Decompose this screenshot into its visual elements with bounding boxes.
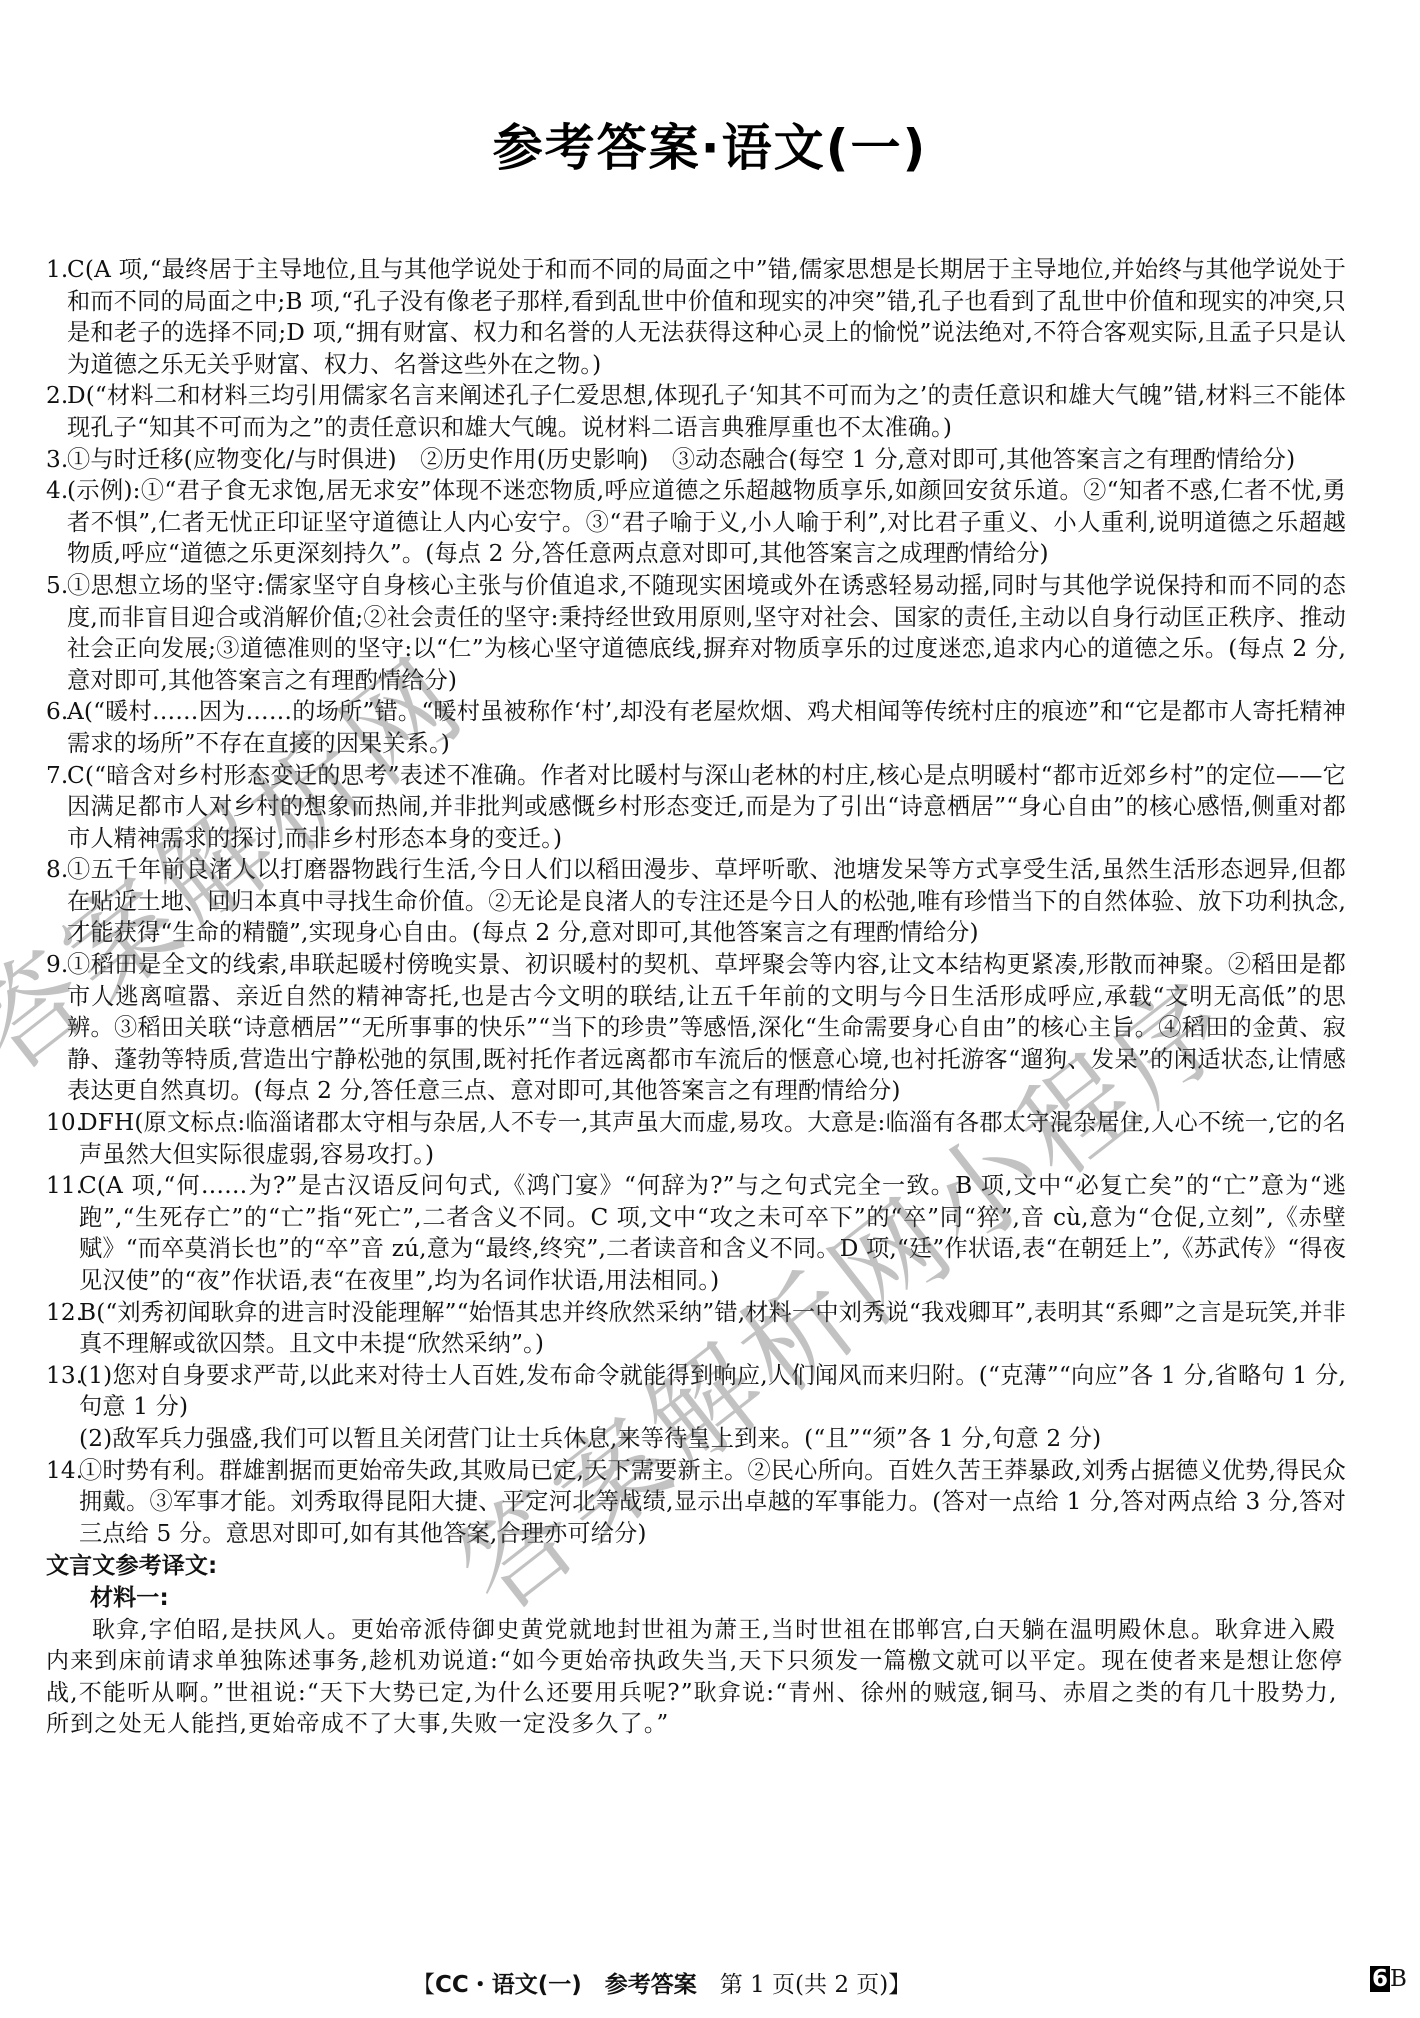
answer-number: 5. bbox=[46, 570, 67, 696]
answer-text: ①思想立场的坚守:儒家坚守自身核心主张与价值追求,不随现实困境或外在诱惑轻易动摇… bbox=[67, 570, 1346, 696]
answer-item-10: 10. DFH(原文标点:临淄诸郡太守相与杂居,人不专一,其声虽大而虚,易攻。大… bbox=[46, 1107, 1346, 1170]
answer-text: ①时势有利。群雄割据而更始帝失政,其败局已定,天下需要新主。②民心所向。百姓久苦… bbox=[79, 1455, 1346, 1550]
answer-number: 1. bbox=[46, 254, 67, 380]
answer-number: 14. bbox=[46, 1455, 79, 1550]
answer-number: 2. bbox=[46, 380, 67, 443]
answer-item-8: 8. ①五千年前良渚人以打磨器物践行生活,今日人们以稻田漫步、草坪听歌、池塘发呆… bbox=[46, 854, 1346, 949]
answer-item-5: 5. ①思想立场的坚守:儒家坚守自身核心主张与价值追求,不随现实困境或外在诱惑轻… bbox=[46, 570, 1346, 696]
footer-code-inverted: 6 bbox=[1370, 1966, 1390, 1992]
material-label: 材料一: bbox=[46, 1583, 1346, 1615]
answer-text: ①与时迁移(应物变化/与时俱进) ②历史作用(历史影响) ③动态融合(每空 1 … bbox=[67, 444, 1346, 476]
page-footer: 【CC・语文(一) 参考答案 第 1 页(共 2 页)】 6B bbox=[412, 1966, 1412, 1996]
answer-number: 6. bbox=[46, 696, 67, 759]
footer-series: CC・语文(一) bbox=[435, 1972, 582, 1998]
answer-number: 13. bbox=[46, 1360, 79, 1423]
answer-item-11: 11. C(A 项,“何……为?”是古汉语反问句式,《鸿门宴》“何辞为?”与之句… bbox=[46, 1170, 1346, 1296]
answer-text: (示例):①“君子食无求饱,居无求安”体现不迷恋物质,呼应道德之乐超越物质享乐,… bbox=[67, 475, 1346, 570]
answer-text: A(“暖村……因为……的场所”错。“暖村虽被称作‘村’,却没有老屋炊烟、鸡犬相闻… bbox=[67, 696, 1346, 759]
footer-code: 6B bbox=[1370, 1966, 1407, 1992]
answer-text: (1)您对自身要求严苛,以此来对待士人百姓,发布命令就能得到响应,人们闻风而来归… bbox=[79, 1360, 1346, 1423]
answer-item-13: 13. (1)您对自身要求严苛,以此来对待士人百姓,发布命令就能得到响应,人们闻… bbox=[46, 1360, 1346, 1423]
translation-paragraph: 耿弇,字伯昭,是扶风人。更始帝派侍御史黄党就地封世祖为萧王,当时世祖在邯郸宫,白… bbox=[46, 1615, 1346, 1741]
answer-item-2: 2. D(“材料二和材料三均引用儒家名言来阐述孔子仁爱思想,体现孔子‘知其不可而… bbox=[46, 380, 1346, 443]
answer-number: 7. bbox=[46, 760, 67, 855]
answer-number: 3. bbox=[46, 444, 67, 476]
answer-text: ①稻田是全文的线索,串联起暖村傍晚实景、初识暖村的契机、草坪聚会等内容,让文本结… bbox=[67, 949, 1346, 1107]
answer-text: D(“材料二和材料三均引用儒家名言来阐述孔子仁爱思想,体现孔子‘知其不可而为之’… bbox=[67, 380, 1346, 443]
footer-close-bracket: 】 bbox=[888, 1972, 911, 1998]
footer-label: 【CC・语文(一) 参考答案 第 1 页(共 2 页)】 bbox=[412, 1966, 911, 1999]
answer-number: 12. bbox=[46, 1297, 79, 1360]
answer-item-14: 14. ①时势有利。群雄割据而更始帝失政,其败局已定,天下需要新主。②民心所向。… bbox=[46, 1455, 1346, 1550]
answer-number: 9. bbox=[46, 949, 67, 1107]
answer-item-3: 3. ①与时迁移(应物变化/与时俱进) ②历史作用(历史影响) ③动态融合(每空… bbox=[46, 444, 1346, 476]
footer-open-bracket: 【 bbox=[412, 1972, 435, 1998]
answer-number: 10. bbox=[46, 1107, 79, 1170]
answer-item-13-part-2: (2)敌军兵力强盛,我们可以暂且关闭营门让士兵休息,来等待皇上到来。(“且”“须… bbox=[46, 1423, 1346, 1455]
answer-number: 11. bbox=[46, 1170, 79, 1296]
footer-code-letter: B bbox=[1390, 1966, 1407, 1992]
answer-item-12: 12. B(“刘秀初闻耿弇的进言时没能理解”“始悟其忠并终欣然采纳”错,材料一中… bbox=[46, 1297, 1346, 1360]
answer-item-4: 4. (示例):①“君子食无求饱,居无求安”体现不迷恋物质,呼应道德之乐超越物质… bbox=[46, 475, 1346, 570]
answer-item-7: 7. C(“暗含对乡村形态变迁的思考”表述不准确。作者对比暖村与深山老林的村庄,… bbox=[46, 760, 1346, 855]
answer-number: 4. bbox=[46, 475, 67, 570]
translation-heading: 文言文参考译文: bbox=[46, 1551, 1346, 1583]
answer-list: 1. C(A 项,“最终居于主导地位,且与其他学说处于和而不同的局面之中”错,儒… bbox=[46, 254, 1346, 1741]
answer-text: B(“刘秀初闻耿弇的进言时没能理解”“始悟其忠并终欣然采纳”错,材料一中刘秀说“… bbox=[79, 1297, 1346, 1360]
answer-text: ①五千年前良渚人以打磨器物践行生活,今日人们以稻田漫步、草坪听歌、池塘发呆等方式… bbox=[67, 854, 1346, 949]
answer-item-9: 9. ①稻田是全文的线索,串联起暖村傍晚实景、初识暖村的契机、草坪聚会等内容,让… bbox=[46, 949, 1346, 1107]
answer-number: 8. bbox=[46, 854, 67, 949]
footer-answer-label: 参考答案 bbox=[605, 1972, 697, 1998]
answer-item-1: 1. C(A 项,“最终居于主导地位,且与其他学说处于和而不同的局面之中”错,儒… bbox=[46, 254, 1346, 380]
answer-text: C(A 项,“何……为?”是古汉语反问句式,《鸿门宴》“何辞为?”与之句式完全一… bbox=[79, 1170, 1346, 1296]
answer-text: C(A 项,“最终居于主导地位,且与其他学说处于和而不同的局面之中”错,儒家思想… bbox=[67, 254, 1346, 380]
answer-text: C(“暗含对乡村形态变迁的思考”表述不准确。作者对比暖村与深山老林的村庄,核心是… bbox=[67, 760, 1346, 855]
answer-text: DFH(原文标点:临淄诸郡太守相与杂居,人不专一,其声虽大而虚,易攻。大意是:临… bbox=[79, 1107, 1346, 1170]
footer-page-info: 第 1 页(共 2 页) bbox=[720, 1972, 888, 1998]
answer-item-6: 6. A(“暖村……因为……的场所”错。“暖村虽被称作‘村’,却没有老屋炊烟、鸡… bbox=[46, 696, 1346, 759]
page-title: 参考答案·语文(一) bbox=[0, 108, 1420, 180]
